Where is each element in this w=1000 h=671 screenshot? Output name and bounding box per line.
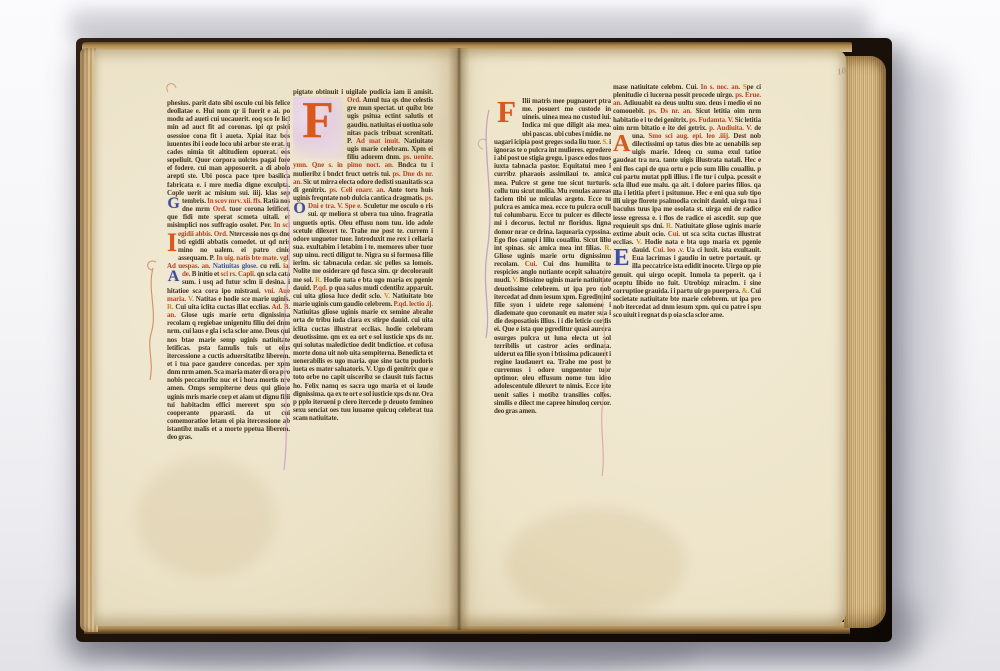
body-text: Btissime uginis marie natiuitate deuotis… (494, 276, 611, 415)
text-column-right-b: mase natiuitate celebm. Cui. In s. noc. … (613, 83, 761, 481)
text-column-right-a: FIlii matris mee pugnauert ptra me. posu… (494, 97, 611, 483)
rubric-text: ps. Celi enarr. an. (329, 186, 388, 194)
body-text: R. (315, 276, 324, 284)
decorated-initial-E: E (613, 247, 630, 269)
body-text: phesius. parit dato sibi osculo cui bis … (167, 99, 290, 205)
body-text: Natiuitas glose. (213, 262, 260, 270)
decorated-initial-O: O (293, 202, 306, 217)
body-text: Dest nob dilectissimi op tatus dies bte … (613, 132, 761, 230)
decorated-initial-F: F (293, 97, 343, 159)
rubric-text: P.qd. lectio .ij. (393, 300, 433, 308)
rubric-text: Smo sci aug. epi. leo .iiij. (648, 132, 733, 140)
rubric-text: sci rs. Capli. (221, 270, 257, 278)
body-text: mase natiuitate celebm. Cui. (613, 83, 701, 91)
rubric-text: Cui. leo .v. (653, 246, 687, 254)
rubric-text: Cui. (668, 230, 683, 238)
rubric-text: Ord. (213, 205, 230, 213)
decorated-initial-A: A (613, 133, 630, 155)
rubric-text: In s. noc. an. (701, 83, 743, 91)
body-text: B initio et (192, 270, 221, 278)
rubric-text: Cui. (525, 260, 543, 268)
body-text: R. (666, 222, 675, 230)
rubric-text: Ad mat inuit. (356, 137, 404, 145)
rubric-text: p. Audiuita. V. (709, 124, 754, 132)
body-text: Natiuitas gliose uginis marie ex semine … (293, 308, 433, 422)
decorated-initial-A: A (167, 270, 180, 285)
body-text: i ignoras te o pulcra int mulieres. egre… (494, 138, 611, 252)
text-column-left-b: pigtate obtinuit i uigilale pudicia iam … (293, 88, 433, 478)
body-text: cu reli. (260, 262, 283, 270)
body-text: V. (512, 276, 519, 284)
rubric-text: ps. Fudamta. V. (689, 116, 735, 124)
fore-edge-page-stack (844, 56, 886, 628)
photo-of-manuscript: phesius. parit dato sibi osculo cui bis … (0, 0, 1000, 671)
text-column-left-a: phesius. parit dato sibi osculo cui bis … (167, 99, 290, 471)
folio-number: 10 (836, 65, 847, 77)
body-text: Ua ci luxit. ista exultauit. Eua lacrima… (613, 246, 761, 295)
body-text: V. (636, 238, 645, 246)
body-text: Natitas e hodie sce marie uginis. (196, 295, 290, 303)
rubric-text: In scov mrv. xii. ffs. (207, 197, 263, 205)
body-text: Glose ugis marie ortu dignissima recolam… (167, 311, 290, 441)
rubric-text: Ord. (347, 96, 363, 104)
body-text: pigtate obtinuit i uigilale pudicia iam … (293, 88, 433, 96)
decorated-initial-F: F (494, 98, 519, 131)
body-text: V. (188, 295, 196, 303)
rubric-text: ps. Ds nr. an. (649, 107, 696, 115)
decorated-initial-G: G (167, 197, 180, 212)
decorated-initial-I: I (167, 231, 176, 255)
body-text: Sculetur me osculo o ris sui. qr meliora… (293, 202, 433, 283)
body-text: R. (604, 244, 611, 252)
rubric-text: P.qd. (313, 284, 329, 292)
gutter-crease (448, 48, 470, 630)
body-text: Cui uita iclita cuctas illat ecclias. (175, 303, 271, 311)
